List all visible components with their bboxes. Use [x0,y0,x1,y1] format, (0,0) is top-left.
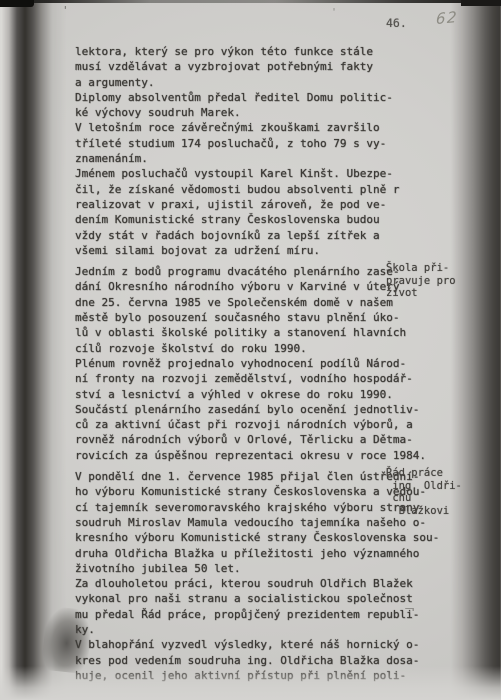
pencil-mark: ' [62,4,69,17]
typed-paragraph: Součástí plenárního zasedání bylo oceněn… [75,402,461,463]
typed-paragraph: Plénum rovněž projednalo vyhodnocení pod… [75,356,461,402]
scan-top-edge [0,0,501,3]
paragraph-text: V letošním roce závěrečnými zkouškami za… [75,120,461,166]
scanned-document-page: 46. 62 lektora, který se pro výkon této … [0,0,501,700]
paragraph-text: Jménem posluchačů vystoupil Karel Kinšt.… [75,166,461,258]
handwritten-page-number: 62 [436,8,459,28]
typed-paragraph: Jedním z bodů programu dvacátého plenárn… [75,264,461,356]
pencil-mark: ¬ [405,602,415,616]
binding-shadow-left [0,0,68,700]
typed-paragraph: Za dlouholetou práci, kterou soudruh Old… [75,576,461,637]
typed-page-number: 46. [386,16,407,30]
typed-paragraph: Diplomy absolventům předal ředitel Domu … [75,90,461,121]
paragraph-text: Plénum rovněž projednalo vyhodnocení pod… [75,356,461,402]
pencil-mark: ' [331,7,337,18]
paragraph-text: lektora, který se pro výkon této funkce … [75,44,461,90]
typed-paragraph: lektora, který se pro výkon této funkce … [75,44,461,90]
margin-note-school: Škola při- pravuje pro život [386,262,456,300]
paragraph-text: Diplomy absolventům předal ředitel Domu … [75,90,461,121]
scan-corner-top-left [0,0,34,7]
typed-paragraph: Jménem posluchačů vystoupil Karel Kinšt.… [75,166,461,258]
scan-corner-top-right [461,0,501,6]
typed-paragraph: V pondělí dne 1. července 1985 přijal čl… [75,469,461,576]
paragraph-text: Za dlouholetou práci, kterou soudruh Old… [75,576,461,637]
document-body: lektora, který se pro výkon této funkce … [75,44,461,683]
typed-paragraph: V letošním roce závěrečnými zkouškami za… [75,120,461,166]
paragraph-text: Součástí plenárního zasedání bylo oceněn… [75,402,461,463]
margin-note-order-of-labour: Řád práce ing. Oldři- chu Blažkovi [386,467,462,517]
scan-bottom-fade [0,666,501,700]
